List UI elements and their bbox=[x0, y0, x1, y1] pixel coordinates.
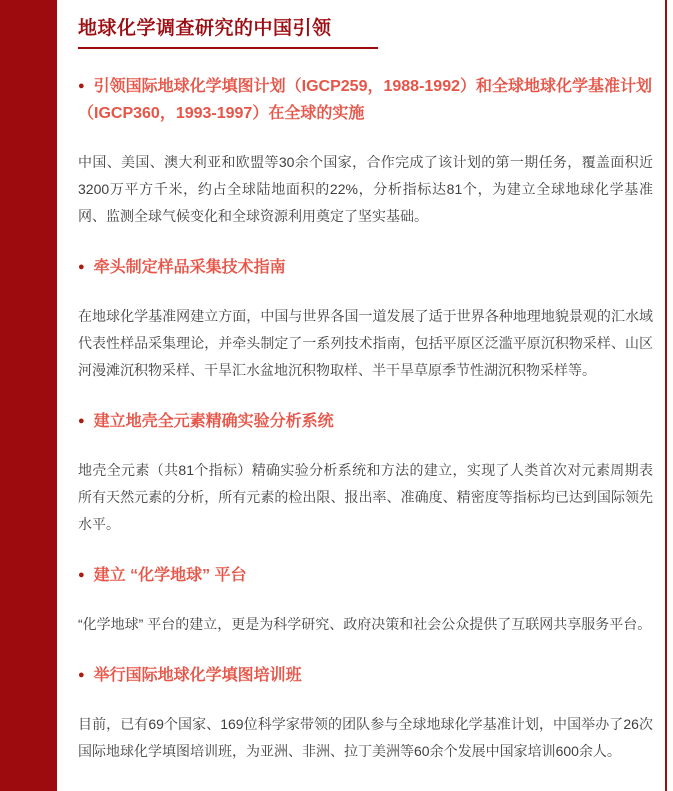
section-heading-text: 引领国际地球化学填图计划（IGCP259，1988-1992）和全球地球化学基准… bbox=[78, 78, 652, 122]
section-heading: ●建立 “化学地球” 平台 bbox=[78, 562, 653, 589]
section-paragraph: 中国、美国、澳大利亚和欧盟等30余个国家，合作完成了该计划的第一期任务，覆盖面积… bbox=[78, 149, 653, 230]
section-heading-text: 举行国际地球化学填图培训班 bbox=[94, 667, 302, 684]
section-training-workshops: ●举行国际地球化学填图培训班 目前，已有69个国家、169位科学家带领的团队参与… bbox=[78, 662, 653, 765]
page-title: 地球化学调查研究的中国引领 bbox=[78, 16, 653, 42]
section-heading: ●引领国际地球化学填图计划（IGCP259，1988-1992）和全球地球化学基… bbox=[78, 73, 653, 127]
bullet-icon: ● bbox=[78, 261, 85, 273]
section-heading: ●建立地壳全元素精确实验分析系统 bbox=[78, 408, 653, 435]
section-sampling-guidelines: ●牵头制定样品采集技术指南 在地球化学基准网建立方面，中国与世界各国一道发展了适… bbox=[78, 254, 653, 384]
section-heading: ●举行国际地球化学填图培训班 bbox=[78, 662, 653, 689]
section-heading: ●牵头制定样品采集技术指南 bbox=[78, 254, 653, 281]
section-chemical-earth-platform: ●建立 “化学地球” 平台 “化学地球” 平台的建立，更是为科学研究、政府决策和… bbox=[78, 562, 653, 638]
section-paragraph: 目前，已有69个国家、169位科学家带领的团队参与全球地球化学基准计划，中国举办… bbox=[78, 711, 653, 765]
section-analysis-system: ●建立地壳全元素精确实验分析系统 地壳全元素（共81个指标）精确实验分析系统和方… bbox=[78, 408, 653, 538]
article-page: 地球化学调查研究的中国引领 ●引领国际地球化学填图计划（IGCP259，1988… bbox=[0, 0, 673, 791]
title-underline bbox=[78, 47, 378, 49]
section-paragraph: “化学地球” 平台的建立，更是为科学研究、政府决策和社会公众提供了互联网共享服务… bbox=[78, 611, 653, 638]
section-paragraph: 地壳全元素（共81个指标）精确实验分析系统和方法的建立，实现了人类首次对元素周期… bbox=[78, 457, 653, 538]
content-panel: 地球化学调查研究的中国引领 ●引领国际地球化学填图计划（IGCP259，1988… bbox=[57, 0, 665, 791]
section-heading-text: 牵头制定样品采集技术指南 bbox=[94, 259, 286, 276]
left-accent-bar bbox=[0, 0, 57, 791]
section-heading-text: 建立 “化学地球” 平台 bbox=[94, 567, 247, 584]
bullet-icon: ● bbox=[78, 569, 85, 581]
section-igcp-programs: ●引领国际地球化学填图计划（IGCP259，1988-1992）和全球地球化学基… bbox=[78, 73, 653, 230]
right-accent-line bbox=[665, 0, 667, 791]
section-paragraph: 在地球化学基准网建立方面，中国与世界各国一道发展了适于世界各种地理地貌景观的汇水… bbox=[78, 303, 653, 384]
section-heading-text: 建立地壳全元素精确实验分析系统 bbox=[94, 413, 334, 430]
bullet-icon: ● bbox=[78, 80, 85, 92]
bullet-icon: ● bbox=[78, 669, 85, 681]
bullet-icon: ● bbox=[78, 415, 85, 427]
